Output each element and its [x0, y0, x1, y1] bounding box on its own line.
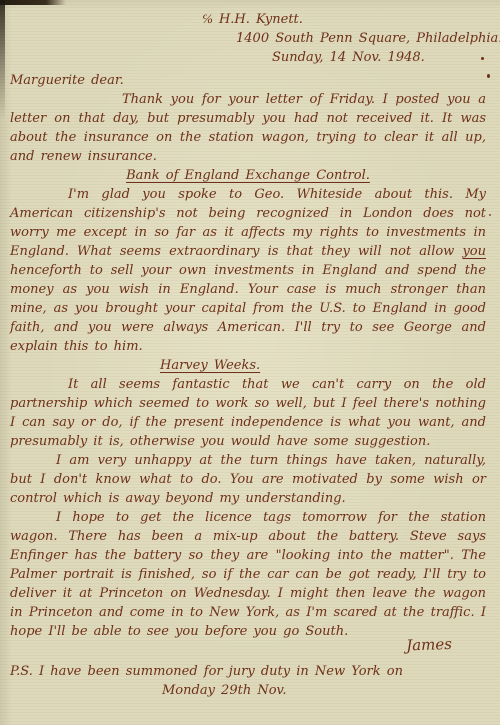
letter-page: ℅ H.H. Kynett. 1400 South Penn Square, P…: [0, 0, 500, 725]
underlined-word-you: you: [462, 244, 486, 259]
paragraph-partnership: It all seems fantastic that we can't car…: [10, 375, 486, 451]
postscript-line2: Monday 29th Nov.: [162, 681, 486, 700]
date-line: Sunday, 14 Nov. 1948.: [272, 48, 486, 67]
salutation: Marguerite dear.: [10, 71, 486, 90]
paragraph-insurance: Thank you for your letter of Friday. I p…: [10, 90, 486, 166]
letter-header: ℅ H.H. Kynett. 1400 South Penn Square, P…: [10, 10, 486, 67]
address-line: 1400 South Penn Square, Philadelphia.: [236, 29, 486, 48]
ink-speck: [487, 74, 490, 78]
paper-edge-shade: [0, 0, 5, 120]
paragraph-exchange-control: I'm glad you spoke to Geo. Whiteside abo…: [10, 185, 486, 356]
paragraph-station-wagon: I hope to get the licence tags tomorrow …: [10, 508, 486, 641]
section-heading-bank-of-england: Bank of England Exchange Control.: [10, 166, 486, 185]
paragraph-unhappy: I am very unhappy at the turn things hav…: [10, 451, 486, 508]
paper-edge-mark: [0, 0, 66, 5]
paragraph-exchange-control-text-cont: henceforth to sell your own investments …: [10, 263, 486, 354]
ink-speck: [481, 57, 484, 60]
care-of-line: ℅ H.H. Kynett.: [202, 10, 486, 29]
section-heading-harvey-weeks: Harvey Weeks.: [160, 356, 486, 375]
paragraph-exchange-control-text: I'm glad you spoke to Geo. Whiteside abo…: [10, 187, 486, 259]
ink-speck: [489, 214, 491, 216]
